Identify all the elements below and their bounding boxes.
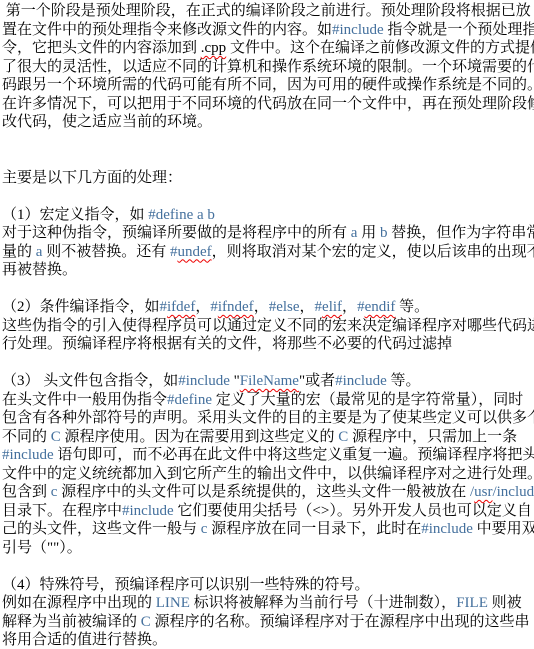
code-token: #define [167,392,212,408]
text-line: 目录下。在程序中#include 它们要使用尖括号（<>）。另外开发人员也可以定… [2,502,534,521]
text-line: 这些伪指令的引入使得程序员可以通过定义不同的宏来决定编译程序对哪些代码进 [2,317,534,336]
code-token: #include [178,373,230,389]
code-token: #include [2,447,54,463]
text-run: 则不被替换。还有 [42,244,170,260]
code-token: # [160,299,168,315]
text-run: 指令就是一个预处理指 [384,22,534,38]
text-run: ，则将取消对某个宏的定义，使以后该串的出现不 [212,244,534,260]
code-token: C [51,429,61,445]
text-run: 这些伪指令的引入使得程序员可以通过定义不同的宏来决定编译程序对哪些代码进 [2,318,534,334]
code-token: LINE [156,595,190,611]
text-line: 包含到 c 源程序中的头文件可以是系统提供的，这些头文件一般被放在 /usr/i… [2,483,534,502]
code-token: # [210,299,218,315]
text-run: （1）宏定义指令，如 [2,207,148,223]
text-run: 在许多情况下，可以把用于不同环境的代码放在同一个文件中，再在预处理阶段修 [2,96,534,112]
text-run: 文件中的定义统统都加入到它所产生的输出文件中，以供编译程序对之进行处理。 [2,466,534,482]
text-run: 不同的 [2,429,51,445]
code-token: FileName [240,373,299,389]
text-run: 在头文件中一般用伪指令 [2,392,167,408]
text-run: ， [195,299,210,315]
text-run: .cpp [201,40,226,56]
text-line: 第一个阶段是预处理阶段，在正式的编译阶段之前进行。预处理阶段将根据已放 [2,2,534,21]
code-token: FILE [456,595,488,611]
text-run: 源程序使用。因为在需要用到这些定义的 [61,429,339,445]
text-run: 量的 [2,244,36,260]
text-run: 解释为当前被编译的 [2,614,141,630]
text-line: 引号（""）。 [2,539,534,558]
text-run: 语句即可，而不必再在此文件中将这些定义重复一遍。预编译程序将把头 [54,447,534,463]
text-line: 文件中的定义统统都加入到它所产生的输出文件中，以供编译程序对之进行处理。 [2,465,534,484]
section-lead: 主要是以下几方面的处理： [2,169,534,188]
item-4-special-symbols: （4）特殊符号，预编译程序可以识别一些特殊的符号。例如在源程序中出现的 LINE… [2,576,534,649]
text-line: 主要是以下几方面的处理： [2,169,534,188]
text-run: 改代码，使之适应当前的环境。 [2,114,212,130]
code-token: # [315,299,323,315]
text-run: 码跟另一个环境所需的代码可能有所不同，因为可用的硬件或操作系统是不同的。 [2,77,534,93]
text-line: 量的 a 则不被替换。还有 #undef，则将取消对某个宏的定义，使以后该串的出… [2,243,534,262]
code-token: usr [474,484,492,500]
code-token: /include [492,484,534,500]
code-token: ifdef [167,299,195,315]
text-run: ， [254,299,269,315]
text-line: 己的头文件，这些文件一般与 c 源程序放在同一目录下，此时在#include 中… [2,520,534,539]
text-run: 行处理。预编译程序将根据有关的文件，将那些不必要的代码过滤掉 [2,336,452,352]
text-run: ， [342,299,357,315]
text-run: 则被 [488,595,522,611]
text-run: 主要是以下几方面的处理： [2,170,182,186]
text-line: 在头文件中一般用伪指令#define 定义了大量的宏（最常见的是字符常量），同时 [2,391,534,410]
text-line: 不同的 C 源程序使用。因为在需要用到这些定义的 C 源程序中，只需加上一条 [2,428,534,447]
text-line: （1）宏定义指令，如 #define a b [2,206,534,225]
code-token: #include [335,373,387,389]
code-token: endif [365,299,396,315]
text-run: 目录下。在程序中 [2,503,122,519]
text-line: 了很大的灵活性，以适应不同的计算机和操作系统环境的限制。一个环境需要的代 [2,58,534,77]
text-run: 等。 [395,299,429,315]
code-token: C [141,614,151,630]
code-token: #else [269,299,300,315]
text-run: 替换，但作为字符串常 [387,225,534,241]
text-run: 源程序中，只需加上一条 [348,429,517,445]
text-run: （3） 头文件包含指令，如 [2,373,178,389]
text-line: 在许多情况下，可以把用于不同环境的代码放在同一个文件中，再在预处理阶段修 [2,95,534,114]
text-run: 包含有各种外部符号的声明。采用头文件的目的主要是为了使某些定义可以供多个 [2,410,534,426]
text-run: 文件中。这个在编译之前修改源文件的方式提供 [226,40,534,56]
text-run: （2）条件编译指令，如 [2,299,160,315]
text-line: 码跟另一个环境所需的代码可能有所不同，因为可用的硬件或操作系统是不同的。 [2,76,534,95]
text-line: 令，它把头文件的内容添加到 .cpp 文件中。这个在编译之前修改源文件的方式提供 [2,39,534,58]
code-token: #include [421,521,473,537]
text-run: " [230,373,240,389]
text-line: （4）特殊符号，预编译程序可以识别一些特殊的符号。 [2,576,534,595]
text-run: 引号（""）。 [2,540,82,556]
text-line: （3） 头文件包含指令，如#include "FileName"或者#inclu… [2,372,534,391]
text-run: 标识将被解释为当前行号（十进制数）， [190,595,456,611]
intro-paragraph: 第一个阶段是预处理阶段，在正式的编译阶段之前进行。预处理阶段将根据已放置在文件中… [2,2,534,132]
item-3-header-include: （3） 头文件包含指令，如#include "FileName"或者#inclu… [2,372,534,557]
text-run: 再被替换。 [2,262,77,278]
text-run: 了很大的灵活性，以适应不同的计算机和操作系统环境的限制。一个环境需要的代 [2,59,534,75]
document-body: 第一个阶段是预处理阶段，在正式的编译阶段之前进行。预处理阶段将根据已放置在文件中… [0,0,534,649]
text-run: （4）特殊符号，预编译程序可以识别一些特殊的符号。 [2,577,370,593]
text-line: #include 语句即可，而不必再在此文件中将这些定义重复一遍。预编译程序将把… [2,446,534,465]
text-line: 再被替换。 [2,261,534,280]
item-2-conditional-compilation: （2）条件编译指令，如#ifdef，#ifndef，#else，#elif，#e… [2,298,534,354]
code-token: ifndef [218,299,254,315]
text-run: 己的头文件，这些文件一般与 [2,521,201,537]
text-run: 源程序中的头文件可以是系统提供的，这些头文件一般被放在 [57,484,470,500]
text-line: 行处理。预编译程序将根据有关的文件，将那些不必要的代码过滤掉 [2,335,534,354]
code-token: #define a b [148,207,215,223]
text-run: 源程序的名称。预编译程序对于在源程序中出现的这些串 [151,614,530,630]
text-run: 置在文件中的预处理指令来修改源文件的内容。如 [2,22,332,38]
code-token: #include [332,22,384,38]
text-run: 第一个阶段是预处理阶段，在正式的编译阶段之前进行。预处理阶段将根据已放 [2,3,531,19]
text-run: 用 [357,225,380,241]
text-run: ， [300,299,315,315]
item-1-macro-directives: （1）宏定义指令，如 #define a b对于这种伪指令，预编译所要做的是将程… [2,206,534,280]
text-run: 包含到 [2,484,51,500]
text-line: 置在文件中的预处理指令来修改源文件的内容。如#include 指令就是一个预处理… [2,21,534,40]
text-line: 包含有各种外部符号的声明。采用头文件的目的主要是为了使某些定义可以供多个 [2,409,534,428]
text-line: （2）条件编译指令，如#ifdef，#ifndef，#else，#elif，#e… [2,298,534,317]
text-line: 对于这种伪指令，预编译所要做的是将程序中的所有 a 用 b 替换，但作为字符串常 [2,224,534,243]
code-token: undef [177,244,211,260]
text-run: 定义了大量的宏（最常见的是字符常量），同时 [212,392,523,408]
text-run: 将用合适的值进行替换。 [2,632,167,648]
text-line: 将用合适的值进行替换。 [2,631,534,649]
text-run: 例如在源程序中出现的 [2,595,156,611]
text-run: 令，它把头文件的内容添加到 [2,40,201,56]
code-token: #include [122,503,174,519]
text-run: 源程序放在同一目录下，此时在 [207,521,421,537]
code-token: # [357,299,365,315]
text-run: 中要用双 [473,521,534,537]
code-token: elif [322,299,342,315]
text-run: 等。 [387,373,421,389]
code-token: C [338,429,348,445]
text-line: 例如在源程序中出现的 LINE 标识将被解释为当前行号（十进制数），FILE 则… [2,594,534,613]
text-line: 解释为当前被编译的 C 源程序的名称。预编译程序对于在源程序中出现的这些串 [2,613,534,632]
text-run: "或者 [299,373,335,389]
text-run: 对于这种伪指令，预编译所要做的是将程序中的所有 [2,225,351,241]
text-run: 它们要使用尖括号（<>）。另外开发人员也可以定义自 [174,503,532,519]
text-line: 改代码，使之适应当前的环境。 [2,113,534,132]
